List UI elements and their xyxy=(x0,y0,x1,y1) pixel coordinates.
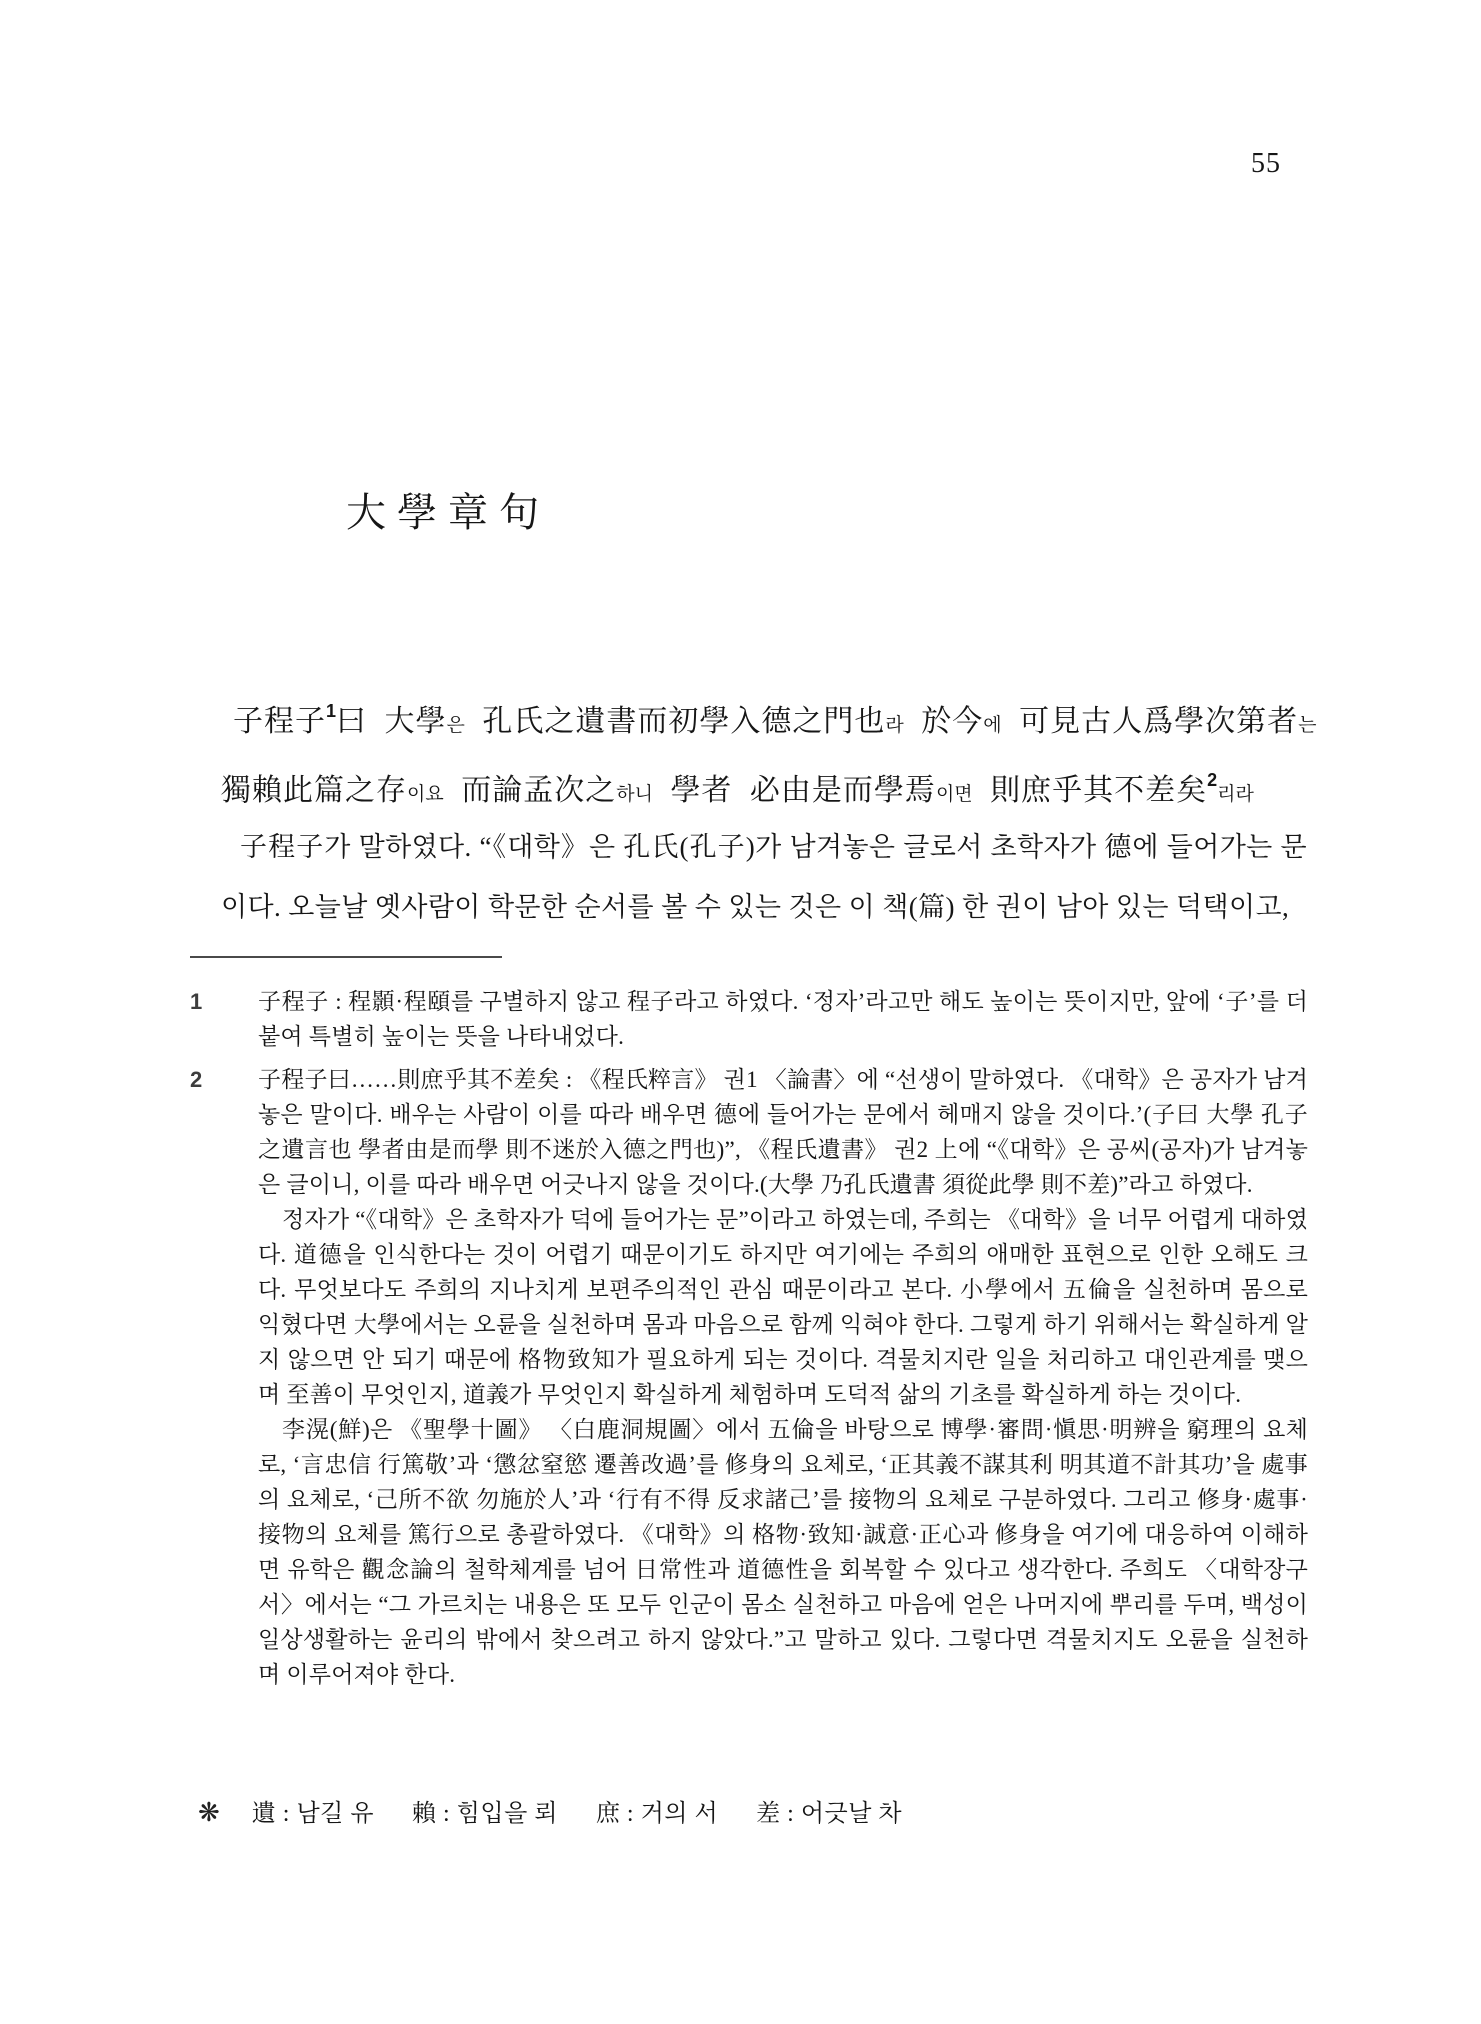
gloss-item: 賴 : 힘입을 뢰 xyxy=(412,1793,558,1828)
hyeonto-particle: 리라 xyxy=(1217,784,1254,805)
book-page: 55 大學章句 子程子1曰 大學은 孔氏之遺書而初學入德之門也라 於今에 可見古… xyxy=(0,0,1481,2024)
hyeonto-particle: 는 xyxy=(1298,715,1316,736)
classical-segment: 學者 必由是而學焉 xyxy=(653,774,936,807)
hyeonto-particle: 에 xyxy=(983,715,1001,736)
footnote-body: 子程子 : 程顥·程頤를 구별하지 않고 程子라고 하였다. ‘정자’라고만 해… xyxy=(258,984,1308,1054)
classical-segment: 孔氏之遺書而初學入德之門也 xyxy=(465,705,886,738)
page-title: 大學章句 xyxy=(346,481,550,538)
footnote-ref-2: 2 xyxy=(1207,770,1217,790)
hyeonto-particle: 이요 xyxy=(407,784,444,805)
classical-segment: 則庶乎其不差矣 xyxy=(973,774,1208,807)
footnote-paragraph: 子程子曰……則庶乎其不差矣 : 《程氏粹言》 권1 〈論書〉에 “선생이 말하였… xyxy=(258,1062,1308,1202)
hyeonto-particle: 하니 xyxy=(616,784,653,805)
character-gloss-row: ❋ 遺 : 남길 유 賴 : 힘입을 뢰 庶 : 거의 서 差 : 어긋날 차 xyxy=(198,1793,940,1828)
footnote-1: 1 子程子 : 程顥·程頤를 구별하지 않고 程子라고 하였다. ‘정자’라고만… xyxy=(190,984,1308,1054)
hyeonto-particle: 이면 xyxy=(936,784,973,805)
classical-segment: 於今 xyxy=(904,705,984,738)
translation-paragraph: 子程子가 말하였다. “《대학》은 孔氏(孔子)가 남겨놓은 글로서 초학자가 … xyxy=(221,817,1307,937)
footnote-separator xyxy=(190,956,502,958)
hyeonto-particle: 라 xyxy=(885,715,903,736)
classical-segment: 可見古人爲學次第者 xyxy=(1002,705,1299,738)
classical-text-block: 子程子1曰 大學은 孔氏之遺書而初學入德之門也라 於今에 可見古人爲學次第者는 … xyxy=(221,684,1321,822)
page-number: 55 xyxy=(1251,148,1281,180)
classical-segment: 曰 大學 xyxy=(336,705,447,738)
gloss-item: 遺 : 남길 유 xyxy=(252,1793,374,1828)
footnote-2: 2 子程子曰……則庶乎其不差矣 : 《程氏粹言》 권1 〈論書〉에 “선생이 말… xyxy=(190,1062,1308,1692)
classical-line-1: 子程子1曰 大學은 孔氏之遺書而初學入德之門也라 於今에 可見古人爲學次第者는 xyxy=(221,684,1321,753)
reference-mark-icon: ❋ xyxy=(198,1798,220,1828)
classical-segment: 而論孟次之 xyxy=(444,774,617,807)
gloss-item: 庶 : 거의 서 xyxy=(596,1793,718,1828)
classical-line-2: 獨賴此篇之存이요 而論孟次之하니 學者 必由是而學焉이면 則庶乎其不差矣2리라 xyxy=(221,753,1321,822)
footnote-paragraph: 정자가 “《대학》은 초학자가 덕에 들어가는 문”이라고 하였는데, 주희는 … xyxy=(258,1202,1308,1412)
hyeonto-particle: 은 xyxy=(447,715,465,736)
classical-segment: 獨賴此篇之存 xyxy=(221,774,407,807)
footnote-body: 子程子曰……則庶乎其不差矣 : 《程氏粹言》 권1 〈論書〉에 “선생이 말하였… xyxy=(258,1062,1308,1692)
footnote-number: 2 xyxy=(190,1062,258,1097)
classical-segment: 子程子 xyxy=(233,705,326,738)
footnote-ref-1: 1 xyxy=(326,701,336,721)
footnotes-section: 1 子程子 : 程顥·程頤를 구별하지 않고 程子라고 하였다. ‘정자’라고만… xyxy=(190,984,1308,1700)
footnote-paragraph: 李滉(鮮)은 《聖學十圖》 〈白鹿洞規圖〉에서 五倫을 바탕으로 博學·審問·愼… xyxy=(258,1412,1308,1692)
footnote-number: 1 xyxy=(190,984,258,1019)
gloss-item: 差 : 어긋날 차 xyxy=(756,1793,902,1828)
footnote-paragraph: 子程子 : 程顥·程頤를 구별하지 않고 程子라고 하였다. ‘정자’라고만 해… xyxy=(258,984,1308,1054)
